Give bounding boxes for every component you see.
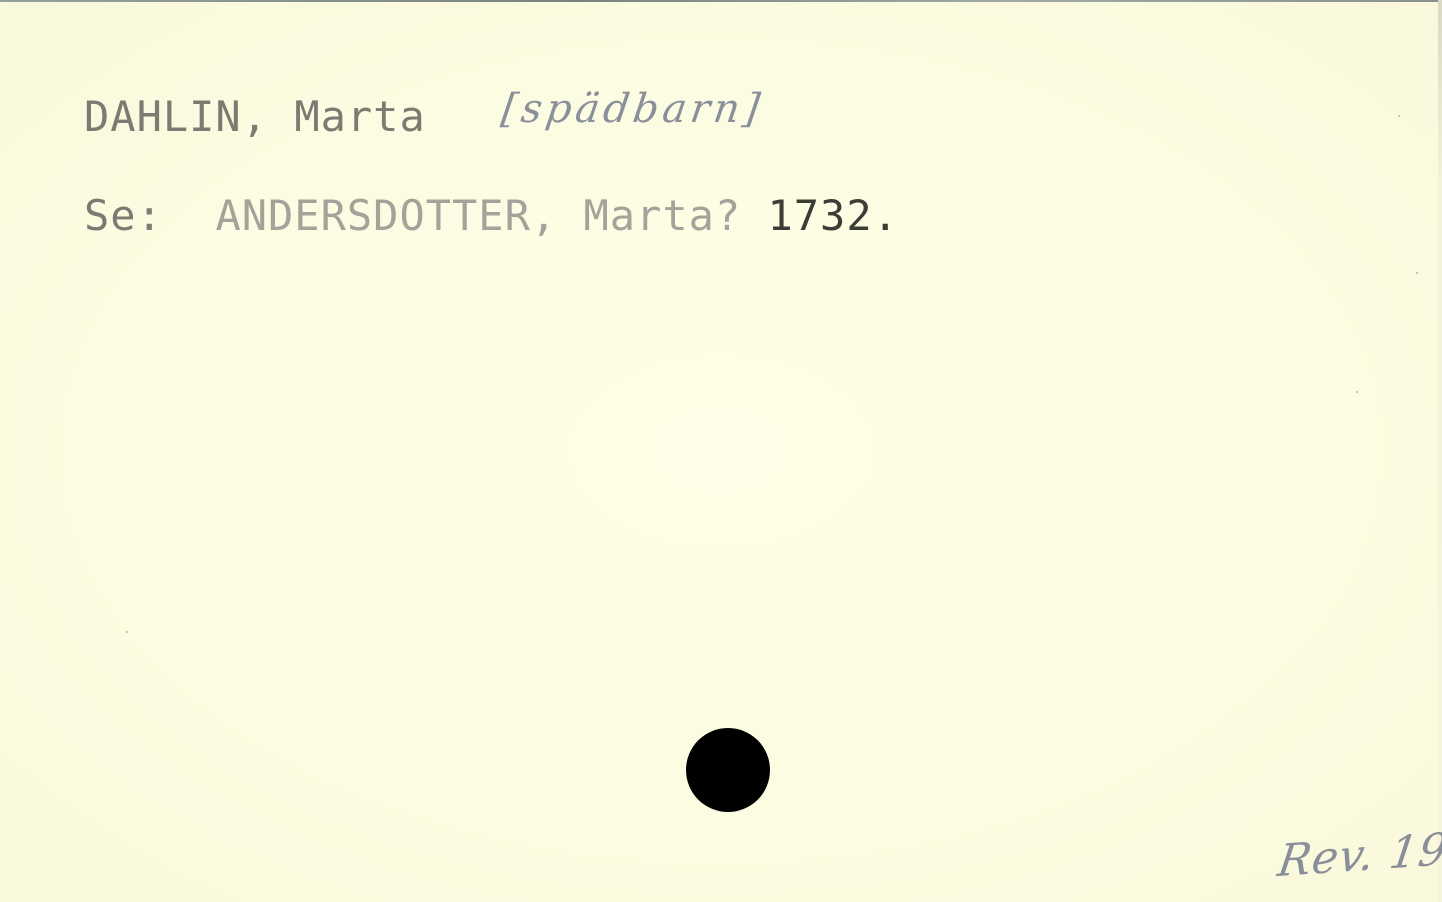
- surname: DAHLIN,: [84, 92, 268, 141]
- given-name: Marta: [294, 92, 425, 141]
- index-card: DAHLIN, Marta [spädbarn] Se: ANDERSDOTTE…: [0, 0, 1442, 902]
- punch-hole: [686, 728, 770, 812]
- paper-speck: [126, 631, 128, 633]
- reference-line: Se: ANDERSDOTTER, Marta? 1732.: [84, 191, 899, 240]
- reference-prefix: Se:: [84, 191, 163, 240]
- card-right-edge: [1438, 0, 1442, 902]
- reference-given-name: Marta?: [583, 191, 741, 240]
- reference-year: 1732.: [767, 191, 898, 240]
- paper-speck: [1356, 391, 1358, 393]
- handwritten-annotation: [spädbarn]: [499, 86, 767, 132]
- paper-speck: [1398, 115, 1400, 117]
- revision-note: Rev. 1969: [1275, 820, 1442, 888]
- card-top-edge: [0, 0, 1442, 2]
- paper-speck: [1416, 272, 1418, 274]
- reference-surname: ANDERSDOTTER,: [215, 191, 557, 240]
- heading-line: DAHLIN, Marta: [84, 92, 426, 141]
